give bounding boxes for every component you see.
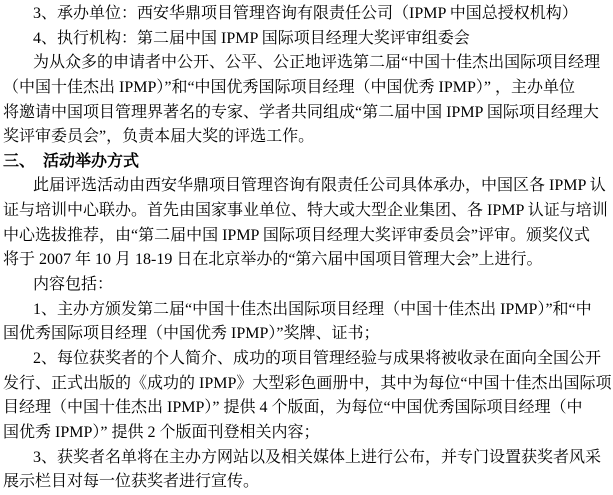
doc-line-organizer-unit: 3、承办单位：西安华鼎项目管理咨询有限责任公司（IPMP 中国总授权机构）	[3, 2, 611, 27]
section-heading-activity-method: 三、 活动举办方式	[3, 150, 611, 175]
doc-line-paragraph: 发行、正式出版的《成功的 IPMP》大型彩色画册中，其中为每位“中国十佳杰出国际…	[3, 372, 611, 397]
doc-line-paragraph: 此届评选活动由西安华鼎项目管理咨询有限责任公司具体承办，中国区各 IPMP 认	[3, 174, 611, 199]
doc-line-paragraph: 奖评审委员会”，负责本届大奖的评选工作。	[3, 125, 611, 150]
doc-line-executing-body: 4、执行机构：第二届中国 IPMP 国际项目经理大奖评审组委会	[3, 27, 611, 52]
doc-line-paragraph: 目经理（中国十佳杰出 IPMP）” 提供 4 个版面，为每位“中国优秀国际项目经…	[3, 396, 611, 421]
doc-line-item-2: 2、每位获奖者的个人简介、成功的项目管理经验与成果将被收录在面向全国公开	[3, 347, 611, 372]
doc-line-paragraph: 为从众多的申请者中公开、公平、公正地评选第二届“中国十佳杰出国际项目经理	[3, 51, 611, 76]
doc-line-paragraph: 展示栏目对每一位获奖者进行宣传。	[3, 470, 611, 495]
doc-line-paragraph: 将于 2007 年 10 月 18-19 日在北京举办的“第六届中国项目管理大会…	[3, 248, 611, 273]
doc-line-item-3: 3、获奖者名单将在主办方网站以及相关媒体上进行公布，并专门设置获奖者风采	[3, 446, 611, 471]
doc-line-paragraph: 证与培训中心联办。首先由国家事业单位、特大或大型企业集团、各 IPMP 认证与培…	[3, 199, 611, 224]
doc-line-item-1: 1、主办方颁发第二届“中国十佳杰出国际项目经理（中国十佳杰出 IPMP）”和“中	[3, 298, 611, 323]
doc-line-paragraph: 将邀请中国项目管理界著名的专家、学者共同组成“第二届中国 IPMP 国际项目经理…	[3, 101, 611, 126]
document-page: 3、承办单位：西安华鼎项目管理咨询有限责任公司（IPMP 中国总授权机构） 4、…	[0, 0, 613, 495]
doc-line-paragraph: 国优秀国际项目经理（中国优秀 IPMP）”奖牌、证书；	[3, 322, 611, 347]
doc-line-content-includes: 内容包括：	[3, 273, 611, 298]
doc-line-paragraph: （中国十佳杰出 IPMP）”和“中国优秀国际项目经理（中国优秀 IPMP）” ，…	[3, 76, 611, 101]
doc-line-paragraph: 中心选拔推荐，由“第二届中国 IPMP 国际项目经理大奖评审委员会”评审。颁奖仪…	[3, 224, 611, 249]
doc-line-paragraph: 国优秀 IPMP）” 提供 2 个版面刊登相关内容；	[3, 421, 611, 446]
